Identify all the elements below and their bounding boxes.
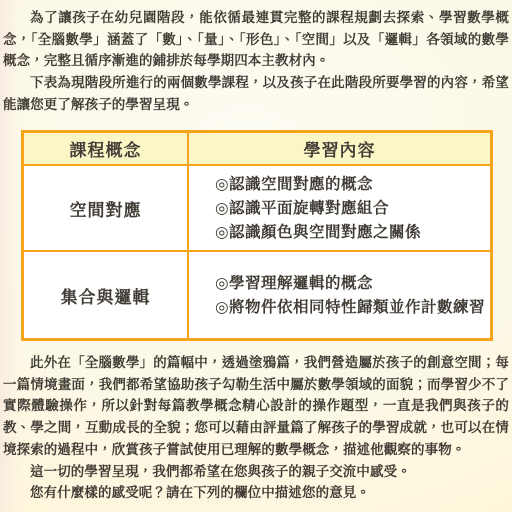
learning-item: ◎將物件依相同特性歸類並作計數練習: [215, 295, 485, 319]
concept-cell-logic: 集合與邏輯: [24, 252, 189, 338]
learning-item: ◎認識顏色與空間對應之關係: [215, 220, 421, 244]
intro-section: 為了讓孩子在幼兒園階段，能依循最連貫完整的課程規劃去探索、學習數學概念，「全腦數…: [3, 8, 509, 117]
table-header-row: 課程概念 學習內容: [24, 133, 490, 166]
table-row-logic: 集合與邏輯 ◎學習理解邏輯的概念 ◎將物件依相同特性歸類並作計數練習: [24, 252, 490, 338]
content-cell-logic: ◎學習理解邏輯的概念 ◎將物件依相同特性歸類並作計數練習: [189, 252, 490, 338]
header-cell-concept: 課程概念: [24, 133, 189, 164]
curriculum-table: 課程概念 學習內容 空間對應 ◎認識空間對應的概念 ◎認識平面旋轉對應組合 ◎認…: [21, 130, 493, 341]
intro-paragraph-1: 為了讓孩子在幼兒園階段，能依循最連貫完整的課程規劃去探索、學習數學概念，「全腦數…: [3, 8, 509, 73]
concept-cell-spatial: 空間對應: [24, 166, 189, 250]
header-label-concept: 課程概念: [70, 136, 142, 161]
header-label-content: 學習內容: [304, 136, 376, 161]
outro-paragraph-2: 這一切的學習呈現，我們都希望在您與孩子的親子交流中感受。: [3, 462, 509, 484]
header-cell-content: 學習內容: [189, 133, 490, 164]
document-page: 為了讓孩子在幼兒園階段，能依循最連貫完整的課程規劃去探索、學習數學概念，「全腦數…: [0, 0, 512, 512]
concept-label-spatial: 空間對應: [70, 196, 142, 221]
outro-paragraph-1: 此外在「全腦數學」的篇幅中，透過塗鴉篇，我們營造屬於孩子的創意空間；每一篇情境畫…: [3, 353, 509, 462]
intro-paragraph-2: 下表為現階段所進行的兩個數學課程，以及孩子在此階段所要學習的內容，希望能讓您更了…: [3, 73, 509, 116]
outro-section: 此外在「全腦數學」的篇幅中，透過塗鴉篇，我們營造屬於孩子的創意空間；每一篇情境畫…: [3, 353, 509, 505]
learning-item: ◎認識空間對應的概念: [215, 172, 373, 196]
concept-label-logic: 集合與邏輯: [61, 283, 151, 308]
table-row-spatial: 空間對應 ◎認識空間對應的概念 ◎認識平面旋轉對應組合 ◎認識顏色與空間對應之關…: [24, 166, 490, 252]
learning-item: ◎認識平面旋轉對應組合: [215, 196, 389, 220]
content-cell-spatial: ◎認識空間對應的概念 ◎認識平面旋轉對應組合 ◎認識顏色與空間對應之關係: [189, 166, 490, 250]
learning-item: ◎學習理解邏輯的概念: [215, 271, 373, 295]
outro-paragraph-3: 您有什麼樣的感受呢？請在下列的欄位中描述您的意見。: [3, 483, 509, 505]
